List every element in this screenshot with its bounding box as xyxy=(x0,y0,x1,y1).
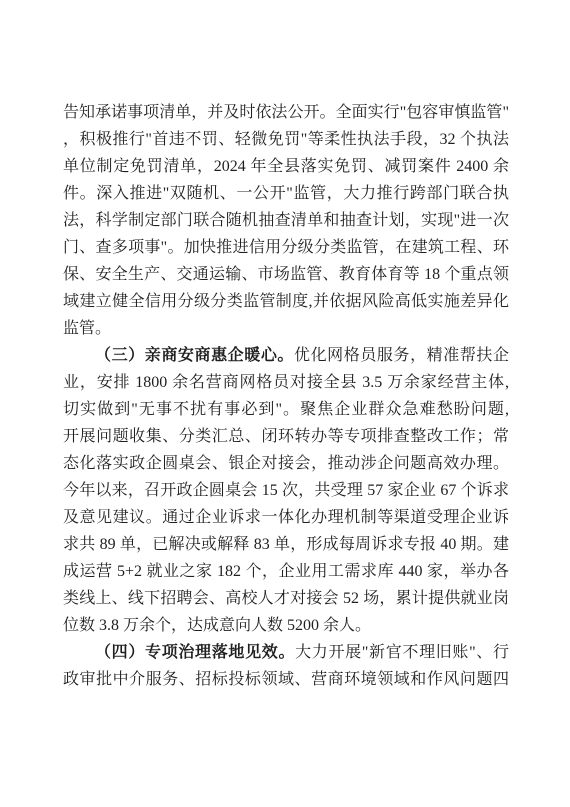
body-text: 切实做到"无事不扰有事必到"。聚焦企业群众急难愁盼问题, xyxy=(63,401,509,418)
paragraph: 告知承诺事项清单，并及时依法公开。全面实行"包容审慎监管"，积极推行"首违不罚、… xyxy=(63,99,509,342)
text-line: 保、安全生产、交通运输、市场监管、教育体育等 18 个重点领 xyxy=(63,261,509,288)
text-line: 门、查多项事"。加快推进信用分级分类监管，在建筑工程、环 xyxy=(63,234,509,261)
document-page: 告知承诺事项清单，并及时依法公开。全面实行"包容审慎监管"，积极推行"首违不罚、… xyxy=(0,0,570,807)
body-text: 监管。 xyxy=(63,320,111,337)
text-line: 政审批中介服务、招标投标领域、营商环境领域和作风问题四 xyxy=(63,666,509,693)
body-text: 今年以来，召开政企圆桌会 15 次，共受理 57 家企业 67 个诉求 xyxy=(63,482,509,499)
text-line: 告知承诺事项清单，并及时依法公开。全面实行"包容审慎监管" xyxy=(63,99,509,126)
text-line: 单位制定免罚清单，2024 年全县落实免罚、减罚案件 2400 余 xyxy=(63,153,509,180)
paragraph: （三）亲商安商惠企暖心。优化网格员服务，精准帮扶企业，安排 1800 余名营商网… xyxy=(63,342,509,639)
text-line: 件。深入推进"双随机、一公开"监管，大力推行跨部门联合执 xyxy=(63,180,509,207)
text-line: 法，科学制定部门联合随机抽查清单和抽查计划，实现"进一次 xyxy=(63,207,509,234)
text-line: 开展问题收集、分类汇总、闭环转办等专项排查整改工作；常 xyxy=(63,423,509,450)
body-text: 大力开展"新官不理旧账"、行 xyxy=(295,644,509,661)
text-line: 及意见建议。通过企业诉求一体化办理机制等渠道受理企业诉 xyxy=(63,504,509,531)
text-line: ，积极推行"首违不罚、轻微免罚"等柔性执法手段，32 个执法 xyxy=(63,126,509,153)
body-text: 类线上、线下招聘会、高校人才对接会 52 场，累计提供就业岗 xyxy=(63,590,509,607)
text-line: 切实做到"无事不扰有事必到"。聚焦企业群众急难愁盼问题, xyxy=(63,396,509,423)
body-text: 位数 3.8 万余个，达成意向人数 5200 余人。 xyxy=(63,617,371,634)
body-text: 及意见建议。通过企业诉求一体化办理机制等渠道受理企业诉 xyxy=(63,509,509,526)
text-line: （三）亲商安商惠企暖心。优化网格员服务，精准帮扶企 xyxy=(63,342,509,369)
body-text: 法，科学制定部门联合随机抽查清单和抽查计划，实现"进一次 xyxy=(63,212,509,229)
body-text: 告知承诺事项清单，并及时依法公开。全面实行"包容审慎监管" xyxy=(63,104,509,121)
text-line: 今年以来，召开政企圆桌会 15 次，共受理 57 家企业 67 个诉求 xyxy=(63,477,509,504)
text-line: 态化落实政企圆桌会、银企对接会，推动涉企问题高效办理。 xyxy=(63,450,509,477)
text-line: 业，安排 1800 余名营商网格员对接全县 3.5 万余家经营主体, xyxy=(63,369,509,396)
body-text: 态化落实政企圆桌会、银企对接会，推动涉企问题高效办理。 xyxy=(63,455,509,472)
body-text: 保、安全生产、交通运输、市场监管、教育体育等 18 个重点领 xyxy=(63,266,509,283)
text-line: 位数 3.8 万余个，达成意向人数 5200 余人。 xyxy=(63,612,509,639)
text-line: （四）专项治理落地见效。大力开展"新官不理旧账"、行 xyxy=(63,639,509,666)
text-line: 求共 89 单，已解决或解释 83 单，形成每周诉求专报 40 期。建 xyxy=(63,531,509,558)
body-text: 业，安排 1800 余名营商网格员对接全县 3.5 万余家经营主体, xyxy=(63,374,509,391)
paragraph: （四）专项治理落地见效。大力开展"新官不理旧账"、行政审批中介服务、招标投标领域… xyxy=(63,639,509,693)
section-heading-text: （三）亲商安商惠企暖心。 xyxy=(95,347,294,364)
body-text: 求共 89 单，已解决或解释 83 单，形成每周诉求专报 40 期。建 xyxy=(63,536,509,553)
text-line: 域建立健全信用分级分类监管制度,并依据风险高低实施差异化 xyxy=(63,288,509,315)
document-body: 告知承诺事项清单，并及时依法公开。全面实行"包容审慎监管"，积极推行"首违不罚、… xyxy=(63,99,509,693)
body-text: 件。深入推进"双随机、一公开"监管，大力推行跨部门联合执 xyxy=(63,185,509,202)
body-text: 成运营 5+2 就业之家 182 个，企业用工需求库 440 家，举办各 xyxy=(63,563,509,580)
section-heading-text: （四）专项治理落地见效。 xyxy=(95,644,295,661)
body-text: 政审批中介服务、招标投标领域、营商环境领域和作风问题四 xyxy=(63,671,509,688)
text-line: 监管。 xyxy=(63,315,509,342)
body-text: 门、查多项事"。加快推进信用分级分类监管，在建筑工程、环 xyxy=(63,239,509,256)
body-text: 开展问题收集、分类汇总、闭环转办等专项排查整改工作；常 xyxy=(63,428,509,445)
body-text: 域建立健全信用分级分类监管制度,并依据风险高低实施差异化 xyxy=(63,293,509,310)
body-text: 优化网格员服务，精准帮扶企 xyxy=(294,347,509,364)
body-text: ，积极推行"首违不罚、轻微免罚"等柔性执法手段，32 个执法 xyxy=(63,131,509,148)
text-line: 成运营 5+2 就业之家 182 个，企业用工需求库 440 家，举办各 xyxy=(63,558,509,585)
body-text: 单位制定免罚清单，2024 年全县落实免罚、减罚案件 2400 余 xyxy=(63,158,509,175)
text-line: 类线上、线下招聘会、高校人才对接会 52 场，累计提供就业岗 xyxy=(63,585,509,612)
